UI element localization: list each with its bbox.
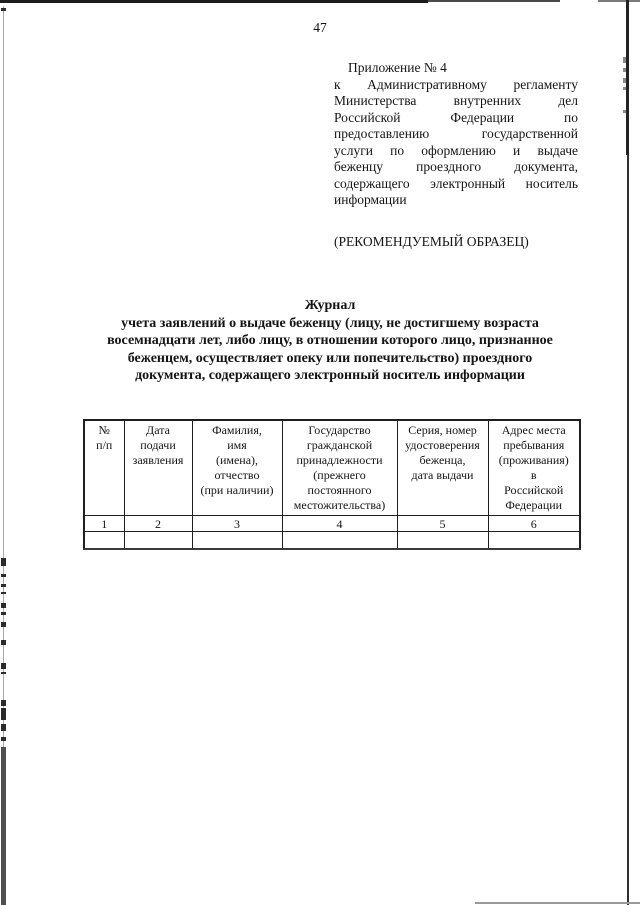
header-cell-number: № п/п: [84, 420, 124, 516]
scan-tick: [1, 724, 6, 731]
scan-edge-bottom: [475, 902, 640, 904]
empty-cell: [282, 532, 397, 550]
scan-tick: [1, 622, 6, 627]
appendix-line: Приложение № 4: [334, 60, 578, 77]
scan-tick: [1, 592, 6, 594]
empty-cell: [397, 532, 488, 550]
appendix-line: беженцу проездного документа,: [334, 159, 578, 176]
column-number-cell: 4: [282, 516, 397, 532]
scan-tick: [1, 640, 6, 645]
title-line: документа, содержащего электронный носит…: [55, 367, 605, 385]
scan-tick: [1, 672, 6, 674]
appendix-line: Министерства внутренних дел: [334, 93, 578, 110]
header-cell-state: Государство гражданской принадлежности (…: [282, 420, 397, 516]
column-number-cell: 1: [84, 516, 124, 532]
scan-edge-top: [0, 0, 428, 3]
scan-tick: [623, 68, 626, 72]
appendix-line: Российской Федерации по: [334, 110, 578, 127]
appendix-line: предоставлению государственной: [334, 126, 578, 143]
title-line: учета заявлений о выдаче беженцу (лицу, …: [55, 315, 605, 333]
scan-left-bottom-bar: [1, 747, 6, 905]
document-title: Журнал учета заявлений о выдаче беженцу …: [55, 297, 605, 385]
appendix-line: информации: [334, 192, 578, 209]
scan-tick: [623, 110, 626, 113]
empty-cell: [488, 532, 580, 550]
scan-tick: [623, 57, 626, 63]
title-line: Журнал: [55, 297, 605, 315]
scan-tick: [1, 737, 6, 741]
document-page: 47 Приложение № 4 к Административному ре…: [0, 0, 640, 905]
header-cell-date: Дата подачи заявления: [124, 420, 192, 516]
scan-edge-top-fade: [428, 0, 560, 2]
scan-tick: [1, 603, 6, 608]
journal-table: № п/п Дата подачи заявления Фамилия, имя…: [83, 419, 581, 550]
empty-cell: [124, 532, 192, 550]
scan-tick: [1, 663, 6, 669]
scan-tick: [1, 700, 6, 706]
page-number: 47: [0, 20, 640, 36]
scan-tick: [1, 708, 6, 720]
title-line: восемнадцати лет, либо лицу, в отношении…: [55, 332, 605, 350]
title-line: беженцем, осуществляет опеку или попечит…: [55, 350, 605, 368]
appendix-block: Приложение № 4 к Административному регла…: [334, 60, 578, 209]
empty-cell: [84, 532, 124, 550]
empty-cell: [192, 532, 282, 550]
table-header-row: № п/п Дата подачи заявления Фамилия, имя…: [84, 420, 580, 516]
scan-tick: [1, 612, 6, 615]
table-number-row: 1 2 3 4 5 6: [84, 516, 580, 532]
header-cell-address: Адрес места пребывания (проживания) в Ро…: [488, 420, 580, 516]
appendix-line: содержащего электронный носитель: [334, 176, 578, 193]
scan-tick: [1, 558, 6, 566]
recommended-sample-note: (РЕКОМЕНДУЕМЫЙ ОБРАЗЕЦ): [334, 234, 594, 250]
table-empty-row: [84, 532, 580, 550]
scan-tick: [623, 78, 626, 83]
header-cell-name: Фамилия, имя (имена), отчество (при нали…: [192, 420, 282, 516]
column-number-cell: 2: [124, 516, 192, 532]
scan-tick: [1, 8, 6, 11]
scan-tick: [1, 574, 6, 577]
appendix-line: к Административному регламенту: [334, 77, 578, 94]
scan-tick: [623, 87, 626, 90]
scan-tick: [1, 584, 6, 587]
header-cell-certificate: Серия, номер удостоверения беженца, дата…: [397, 420, 488, 516]
column-number-cell: 6: [488, 516, 580, 532]
column-number-cell: 3: [192, 516, 282, 532]
scan-edge-top-right: [598, 0, 640, 2]
appendix-line: услуги по оформлению и выдаче: [334, 143, 578, 160]
column-number-cell: 5: [397, 516, 488, 532]
